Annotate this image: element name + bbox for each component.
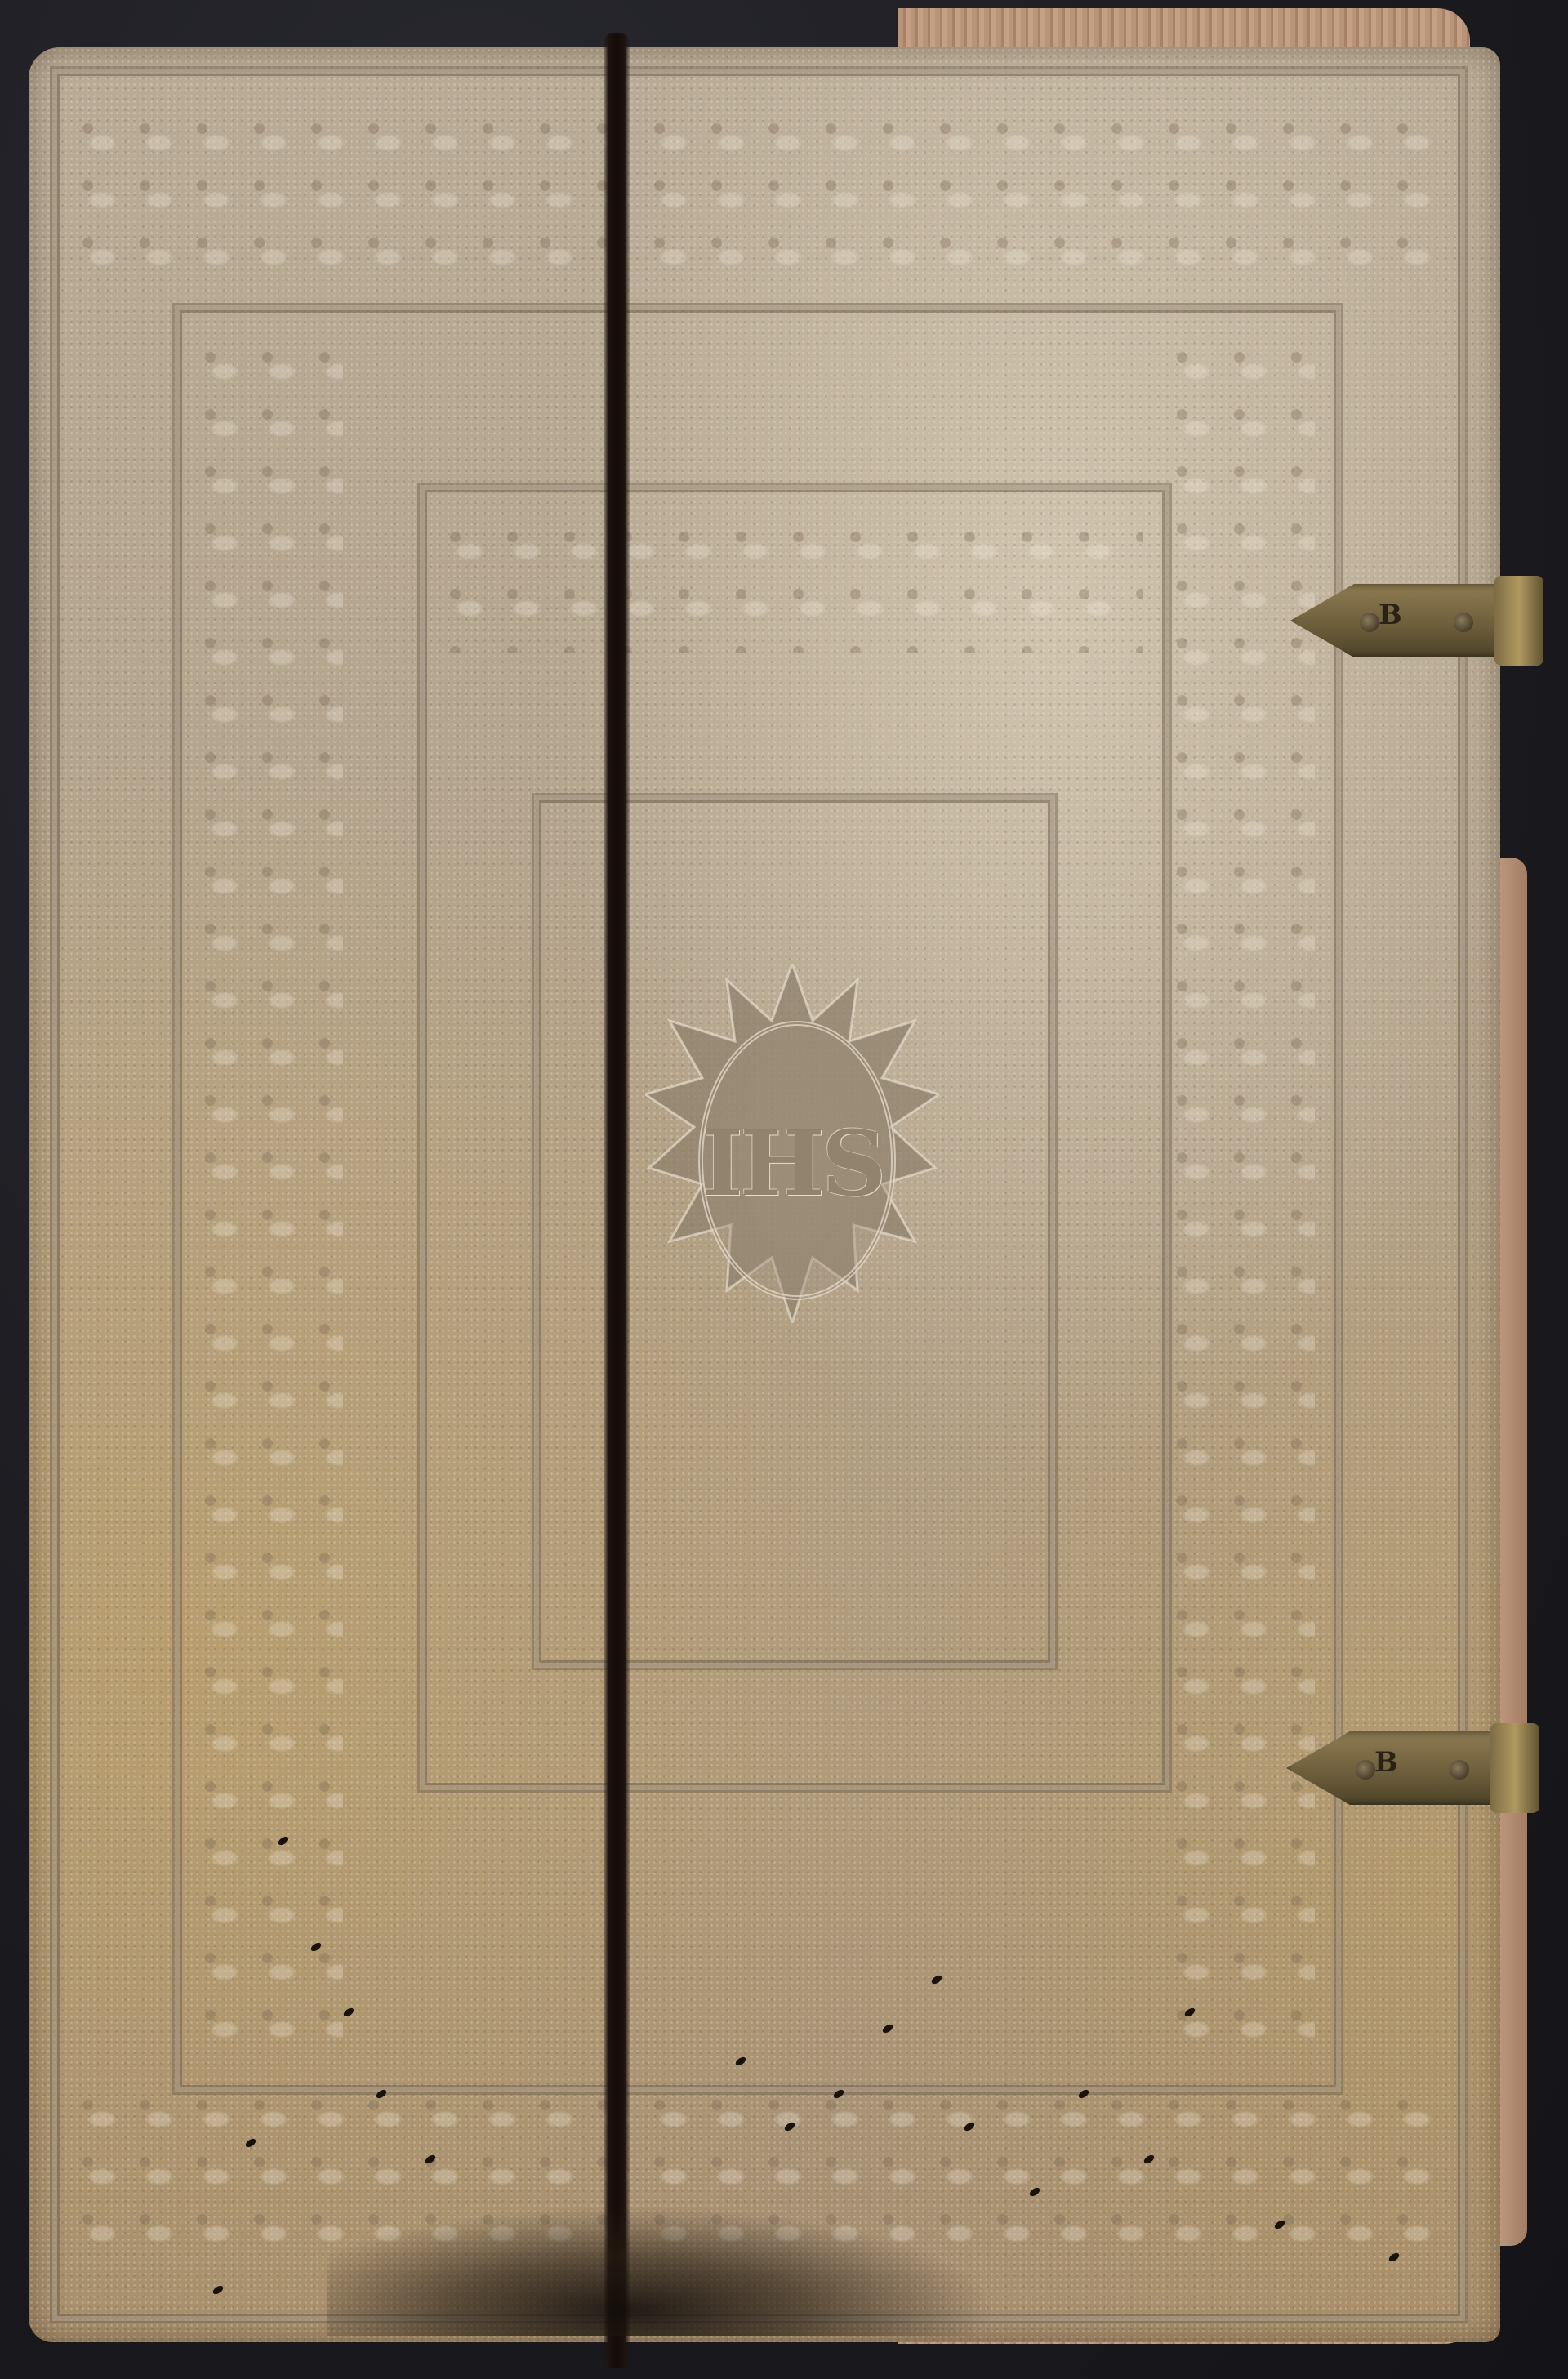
clasp-mark: B — [1374, 1746, 1398, 1779]
outer-palmette-roll — [73, 114, 1445, 278]
rivet-icon — [1454, 613, 1473, 632]
ink-stain-vertical — [603, 33, 630, 2368]
ihs-monogram: IHS — [698, 1111, 886, 1216]
ink-smear-bottom — [327, 2205, 996, 2336]
clasp-mark: B — [1379, 599, 1402, 631]
figure-roll-left — [196, 343, 343, 2058]
clasp-hinge — [1494, 576, 1543, 666]
rivet-icon — [1360, 613, 1379, 632]
rivet-icon — [1356, 1760, 1375, 1780]
clasp-hinge — [1490, 1723, 1539, 1813]
upper-clasp: B — [1290, 576, 1543, 666]
lower-clasp: B — [1286, 1723, 1539, 1813]
rivet-icon — [1450, 1760, 1469, 1780]
image-description: Early printed book in pale tooled leathe… — [0, 0, 85, 1]
floral-roll-inner — [441, 523, 1143, 653]
